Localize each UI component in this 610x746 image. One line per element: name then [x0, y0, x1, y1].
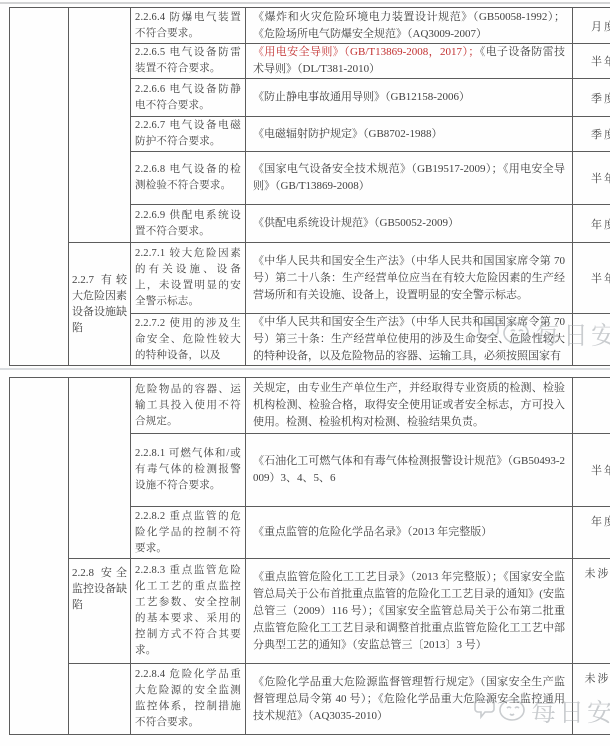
table-row: 2.2.8 安全监控设备缺陷 2.2.8.3 重点监管危险化工工艺的重点监控工艺…: [10, 559, 610, 664]
basis-cell: 《石油化工可燃气体和有毒气体检测报警设计规范》（GB50493-2009）3、4…: [246, 434, 573, 507]
basis-cell: 《中华人民共和国安全生产法》（中华人民共和国国家席令第 70 号）第二十八条：生…: [246, 243, 573, 314]
item-cell: 2.2.7.2 使用的涉及生命安全、危险性较大的特种设备，以及: [131, 314, 246, 366]
item-cell: 2.2.6.5 电气设备防雷装置不符合要求。: [131, 44, 246, 79]
top-edge-line: [0, 2, 610, 4]
frequency-cell: 未涉及: [573, 664, 610, 735]
category-cell: [69, 378, 131, 559]
basis-cell: 关规定，由专业生产单位生产，并经取得专业资质的检测、检验机构检测、检验合格，取得…: [246, 378, 573, 434]
category-cell: 2.2.7 有较大危险因素设备设施缺陷: [69, 243, 131, 366]
document-page: { "colors": { "text": "#3f3f3f", "highli…: [0, 0, 610, 746]
item-cell: 2.2.8.3 重点监管危险化工工艺的重点监控工艺参数、安全控制的基本要求、采用…: [131, 559, 246, 664]
frequency-cell: 未涉及: [573, 559, 610, 664]
table-row: 2.2.8.4 危险化学品重大危险源的安全监测监控体系，控制措施不符合要求。 《…: [10, 664, 610, 735]
basis-red-text: 《用电安全导则》（GB/T13869-2008，2017）；: [253, 46, 479, 58]
item-cell: 2.2.6.9 供配电系统设置不符合要求。: [131, 205, 246, 243]
basis-cell: 《供配电系统设计规范》（GB50052-2009）: [246, 205, 573, 243]
table-row: 危险物品的容器、运输工具投入使用不符合规定。 关规定，由专业生产单位生产，并经取…: [10, 378, 610, 434]
basis-cell: 《用电安全导则》（GB/T13869-2008，2017）；《电子设备防雷技术导…: [246, 44, 573, 79]
basis-cell: 《国家电气设备安全技术规范》（GB19517-2009）；《用电安全导则》（GB…: [246, 152, 573, 205]
item-cell: 2.2.6.6 电气设备防静电不符合要求。: [131, 79, 246, 117]
item-cell: 2.2.8.1 可燃气体和/或有毒气体的检测报警设施不符合要求。: [131, 434, 246, 507]
basis-cell: 《重点监管危险化工工艺目录》（2013 年完整版）；《国家安全监管总局关于公布首…: [246, 559, 573, 664]
basis-cell: 《危险化学品重大危险源监督管理暂行规定》（国家安全生产监督管理总局令第 40 号…: [246, 664, 573, 735]
category-cell: [69, 8, 131, 243]
lower-table: 危险物品的容器、运输工具投入使用不符合规定。 关规定，由专业生产单位生产，并经取…: [9, 377, 610, 735]
category-cell: [69, 664, 131, 735]
frequency-cell: 季度: [573, 117, 610, 152]
frequency-cell: [573, 378, 610, 434]
item-cell: 2.2.7.1 较大危险因素的有关设施、设备上，未设置明显的安全警示标志。: [131, 243, 246, 314]
item-cell: 2.2.6.8 电气设备的检测检验不符合要求。: [131, 152, 246, 205]
item-cell: 2.2.8.2 重点监管的危险化学品的控制不符要求。: [131, 507, 246, 559]
table-row: 2.2.7 有较大危险因素设备设施缺陷 2.2.7.1 较大危险因素的有关设施、…: [10, 243, 610, 314]
upper-table: 2.2.6.4 防爆电气装置不符合要求。 《爆炸和火灾危险环境电力装置设计规范》…: [9, 7, 610, 366]
page-break-line: [0, 368, 610, 370]
frequency-cell: 月度: [573, 8, 610, 44]
table-row: 2.2.6.4 防爆电气装置不符合要求。 《爆炸和火灾危险环境电力装置设计规范》…: [10, 8, 610, 44]
basis-cell: 《电磁辐射防护规定》（GB8702-1988）: [246, 117, 573, 152]
basis-cell: 《爆炸和火灾危险环境电力装置设计规范》（GB50058-1992）；《危险场所电…: [246, 8, 573, 44]
frequency-cell: 年度: [573, 507, 610, 559]
frequency-cell: 半年: [573, 243, 610, 314]
serial-column-cell: [10, 378, 69, 735]
basis-cell: 《防止静电事故通用导则》（GB12158-2006）: [246, 79, 573, 117]
item-cell: 2.2.8.4 危险化学品重大危险源的安全监测监控体系，控制措施不符合要求。: [131, 664, 246, 735]
category-cell: 2.2.8 安全监控设备缺陷: [69, 559, 131, 664]
item-cell: 危险物品的容器、运输工具投入使用不符合规定。: [131, 378, 246, 434]
serial-column-cell: [10, 8, 69, 366]
basis-cell: 《中华人民共和国安全生产法》（中华人民共和国国家席令第 70 号）第三十条：生产…: [246, 314, 573, 366]
basis-cell: 《重点监管的危险化学品名录》（2013 年完整版）: [246, 507, 573, 559]
frequency-cell: 季度: [573, 79, 610, 117]
item-cell: 2.2.6.7 电气设备电磁防护不符合要求。: [131, 117, 246, 152]
frequency-cell: 半年: [573, 434, 610, 507]
item-cell: 2.2.6.4 防爆电气装置不符合要求。: [131, 8, 246, 44]
frequency-cell: 半年: [573, 152, 610, 205]
frequency-cell: [573, 314, 610, 366]
frequency-cell: 半年: [573, 44, 610, 79]
frequency-cell: 年度: [573, 205, 610, 243]
